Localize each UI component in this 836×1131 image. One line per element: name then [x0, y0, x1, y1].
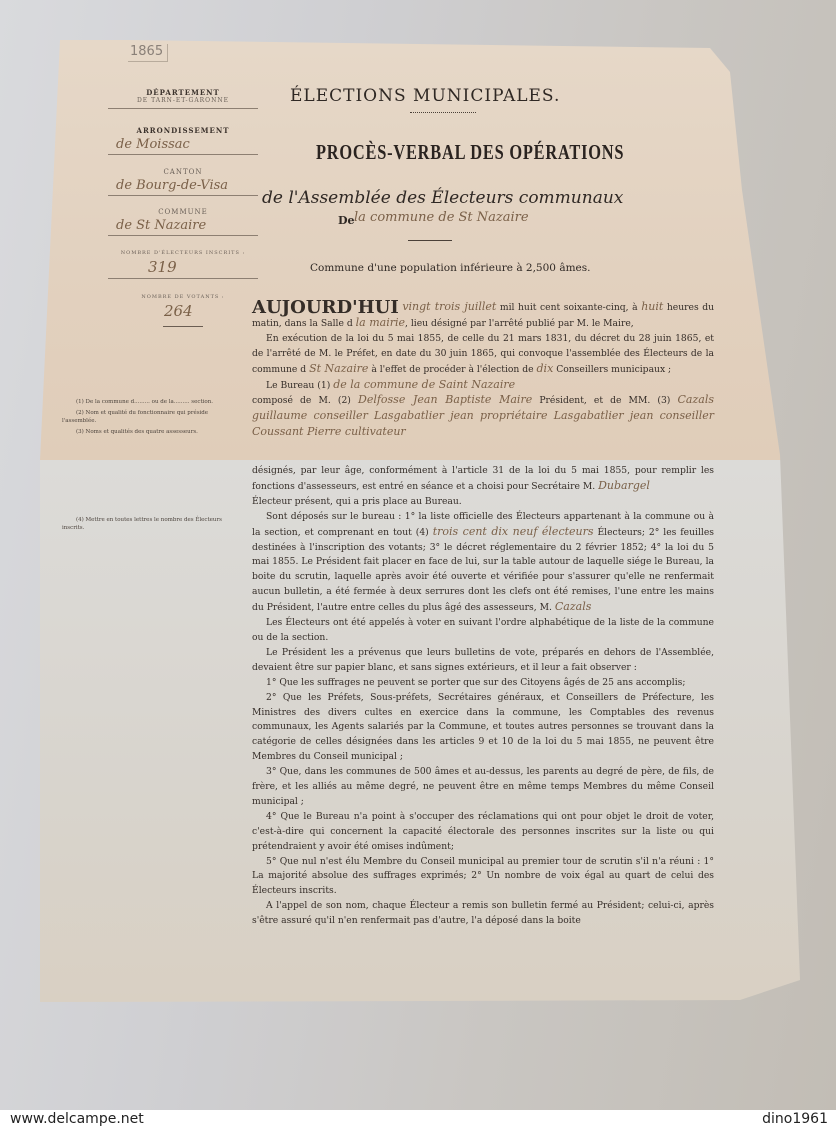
text: Électeurs; 2° les feuilles destinées à l… [252, 527, 714, 614]
footnote-3: (3) Noms et qualités des quatre assesseu… [62, 428, 242, 436]
text: Le Bureau (1) [266, 380, 330, 391]
sidebar-departement: DÉPARTEMENT DE TARN-ET-GARONNE [108, 88, 258, 109]
footnotes-lower: (4) Mettre en toutes lettres le nombre d… [62, 516, 242, 535]
commune-value: de St Nazaire [108, 218, 258, 236]
handwritten-hour: huit [641, 300, 663, 313]
canton-label: CANTON [108, 168, 258, 176]
text: mil huit cent soixante-cinq, à [500, 302, 638, 313]
assembly-title: de l'Assemblée des Électeurs communaux [262, 188, 623, 208]
text: Électeur présent, qui a pris place au Bu… [252, 496, 462, 507]
paragraph-vote: A l'appel de son nom, chaque Électeur a … [252, 899, 714, 929]
departement-name: DE TARN-ET-GARONNE [108, 97, 258, 104]
sidebar-arrondissement: ARRONDISSEMENT de Moissac [108, 126, 258, 155]
divider [108, 108, 258, 109]
arrondissement-value: de Moissac [108, 137, 258, 155]
commune-prefix: De [338, 214, 355, 227]
sidebar-commune: COMMUNE de St Nazaire [108, 208, 258, 236]
handwritten-bureau: de la commune de Saint Nazaire [333, 378, 515, 391]
paragraph-rule-5: 5° Que nul n'est élu Membre du Conseil m… [252, 855, 714, 900]
proces-verbal-title: PROCÈS-VERBAL DES OPÉRATIONS [316, 140, 624, 165]
body-lower: désignés, par leur âge, conformément à l… [252, 464, 714, 929]
divider [163, 326, 203, 327]
paragraph-bureau: Le Bureau (1) de la commune de Saint Naz… [252, 378, 714, 442]
seller-watermark: dino1961 [762, 1111, 828, 1127]
footnote-2: (2) Nom et qualité du fonctionnaire qui … [62, 409, 242, 425]
handwritten-secretaire: Dubargel [598, 479, 650, 492]
handwritten-date: vingt trois juillet [402, 300, 496, 313]
paragraph-rule-3: 3° Que, dans les communes de 500 âmes et… [252, 765, 714, 810]
handwritten-electeurs-count: trois cent dix neuf électeurs [433, 525, 594, 538]
paragraph-opening: AUJOURD'HUI vingt trois juillet mil huit… [252, 300, 714, 332]
sidebar-votants: NOMBRE DE VOTANTS : 264 [108, 294, 258, 327]
text: à l'effet de procéder à l'élection de [371, 364, 533, 375]
opening-word: AUJOURD'HUI [252, 297, 399, 318]
commune-label: COMMUNE [108, 208, 258, 216]
footnote-4: (4) Mettre en toutes lettres le nombre d… [62, 516, 242, 532]
population-subtitle: Commune d'une population inférieure à 2,… [310, 262, 590, 274]
year-annotation: 1865 [128, 44, 168, 62]
handwritten-assesseur: Cazals [555, 600, 592, 613]
paragraph-president-prevenus: Le Président les a prévenus que leurs bu… [252, 646, 714, 676]
handwritten-president: Delfosse Jean Baptiste Maire [358, 393, 532, 406]
text: , lieu désigné par l'arrêté publié par M… [405, 318, 634, 329]
footnotes-upper: (1) De la commune d......... ou de la...… [62, 398, 242, 439]
handwritten-count: dix [537, 362, 554, 375]
handwritten-salle: la mairie [356, 316, 405, 329]
watermark-bar: www.delcampe.net dino1961 [0, 1110, 836, 1131]
body-upper: AUJOURD'HUI vingt trois juillet mil huit… [252, 300, 714, 441]
votants-value: 264 [108, 302, 258, 322]
sidebar-canton: CANTON de Bourg-de-Visa [108, 168, 258, 196]
paragraph-rule-2: 2° Que les Préfets, Sous-préfets, Secrét… [252, 691, 714, 766]
arrondissement-label: ARRONDISSEMENT [108, 126, 258, 135]
text: composé de M. (2) [252, 395, 351, 406]
paragraph-appel: Les Électeurs ont été appelés à voter en… [252, 616, 714, 646]
sidebar-electeurs-inscrits: NOMBRE D'ÉLECTEURS INSCRITS : 319 [108, 250, 258, 279]
footnote-1: (1) De la commune d......... ou de la...… [62, 398, 242, 406]
commune-handwritten: la commune de St Nazaire [354, 210, 529, 225]
header-rule [408, 240, 452, 241]
paragraph-deposes: Sont déposés sur le bureau : 1° la liste… [252, 510, 714, 616]
inscrits-label: NOMBRE D'ÉLECTEURS INSCRITS : [108, 250, 258, 256]
departement-label: DÉPARTEMENT [108, 88, 258, 97]
divider [108, 278, 258, 279]
canton-value: de Bourg-de-Visa [108, 178, 258, 196]
text: Président, et de MM. (3) [539, 395, 670, 406]
inscrits-value: 319 [108, 258, 258, 278]
votants-label: NOMBRE DE VOTANTS : [108, 294, 258, 300]
text: Conseillers municipaux ; [556, 364, 671, 375]
document-title: ÉLECTIONS MUNICIPALES. [290, 86, 560, 106]
title-ornament [410, 112, 476, 113]
site-watermark: www.delcampe.net [10, 1111, 144, 1127]
paragraph-designes: désignés, par leur âge, conformément à l… [252, 464, 714, 510]
handwritten-commune: St Nazaire [309, 362, 368, 375]
paragraph-rule-1: 1° Que les suffrages ne peuvent se porte… [252, 676, 714, 691]
paragraph-execution: En exécution de la loi du 5 mai 1855, de… [252, 332, 714, 378]
paragraph-rule-4: 4° Que le Bureau n'a point à s'occuper d… [252, 810, 714, 855]
